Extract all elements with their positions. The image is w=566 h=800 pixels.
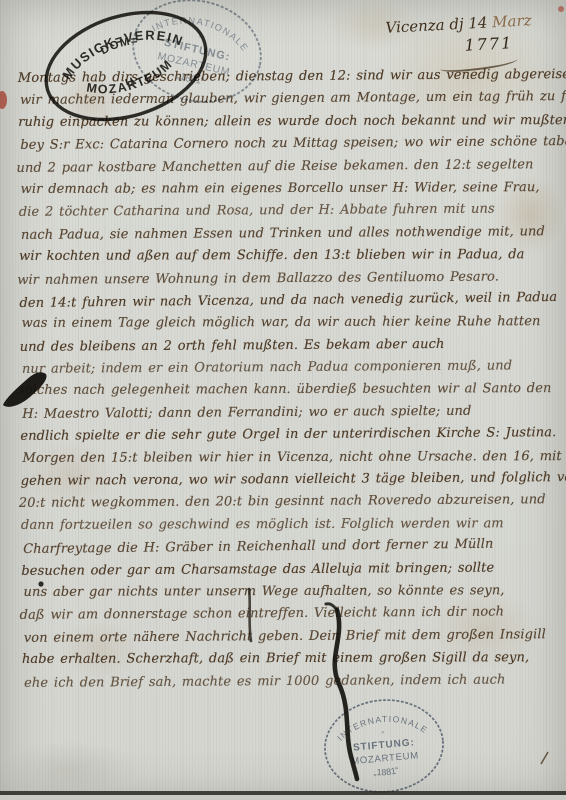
red-edge-mark <box>0 91 7 109</box>
letter-line: nach Padua, sie nahmen Essen und Trinken… <box>21 221 553 247</box>
stamp-dot: ° <box>381 729 385 738</box>
letter-line: H: Maestro Valotti; dann den Ferrandini;… <box>22 400 554 426</box>
dateline-month: Marz <box>492 11 532 31</box>
stamp-line-stiftung: STIFTUNG: <box>163 37 231 64</box>
letter-line: besuchen oder gar am Charsamstage das Al… <box>21 557 555 583</box>
letter-line: wir kochten und aßen auf dem Schiffe. de… <box>19 244 553 268</box>
stamp-dot: ° <box>197 33 202 43</box>
stamp-arc-text: INTERNATIONALE <box>148 6 254 55</box>
dateline-place-day: Vicenza dj 14 <box>385 13 493 37</box>
letter-line: was in einem Tage gleich möglich war, da… <box>22 311 554 335</box>
mozarteum-stiftung-stamp-bottom: INTERNATIONALE ° STIFTUNG: MOZARTEUM „18… <box>318 689 451 800</box>
dateline: Vicenza dj 14 Marz1771 <box>385 10 533 60</box>
stamp-border <box>321 695 447 797</box>
letter-line: und 2 paar kostbare Manchetten auf die R… <box>16 154 552 180</box>
letter-line: ehe ich den Brief sah, machte es mir 100… <box>24 669 556 695</box>
letter-line: von einem orte nähere Nachricht geben. D… <box>24 624 556 650</box>
letter-body: Montags hab dirs geschrieben; dienstag d… <box>18 64 556 695</box>
stamp-arc-text: INTERNATIONALE <box>334 710 431 743</box>
stamp-arc-text: DOM= <box>98 32 141 58</box>
stamp-arc-text: „1881“ <box>372 765 400 779</box>
letter-line: solches nach gelegenheit machen kann. üb… <box>18 379 554 403</box>
letter-line: endlich spielte er die sehr gute Orgel i… <box>20 422 554 448</box>
letter-line: habe erhalten. Scherzhaft, daß ein Brief… <box>22 647 556 671</box>
letter-line: Morgen den 15:t bleiben wir hier in Vice… <box>23 446 555 470</box>
letter-scan-page: Vicenza dj 14 Marz1771 Montags hab dirs … <box>0 0 566 800</box>
letter-line: wir demnach ab; es nahm ein eigenes Borc… <box>21 177 553 201</box>
stamp-line-mozarteum: MOZARTEUM <box>351 750 420 767</box>
letter-line: uns aber gar nichts unter unserm Wege au… <box>23 580 555 604</box>
letter-line: 20:t nicht wegkommen. den 20:t bin gesin… <box>19 490 555 516</box>
ink-slash-mark <box>541 752 548 764</box>
scan-background-strip <box>0 795 566 800</box>
red-speck <box>558 6 564 12</box>
dateline-year: 1771 <box>464 32 533 56</box>
stamp-line-stiftung: STIFTUNG: <box>353 737 416 753</box>
letter-line: ruhig einpacken zu können; allein es wur… <box>18 110 552 134</box>
letter-line: wir machten iederman glauben, wir gienge… <box>20 87 552 113</box>
